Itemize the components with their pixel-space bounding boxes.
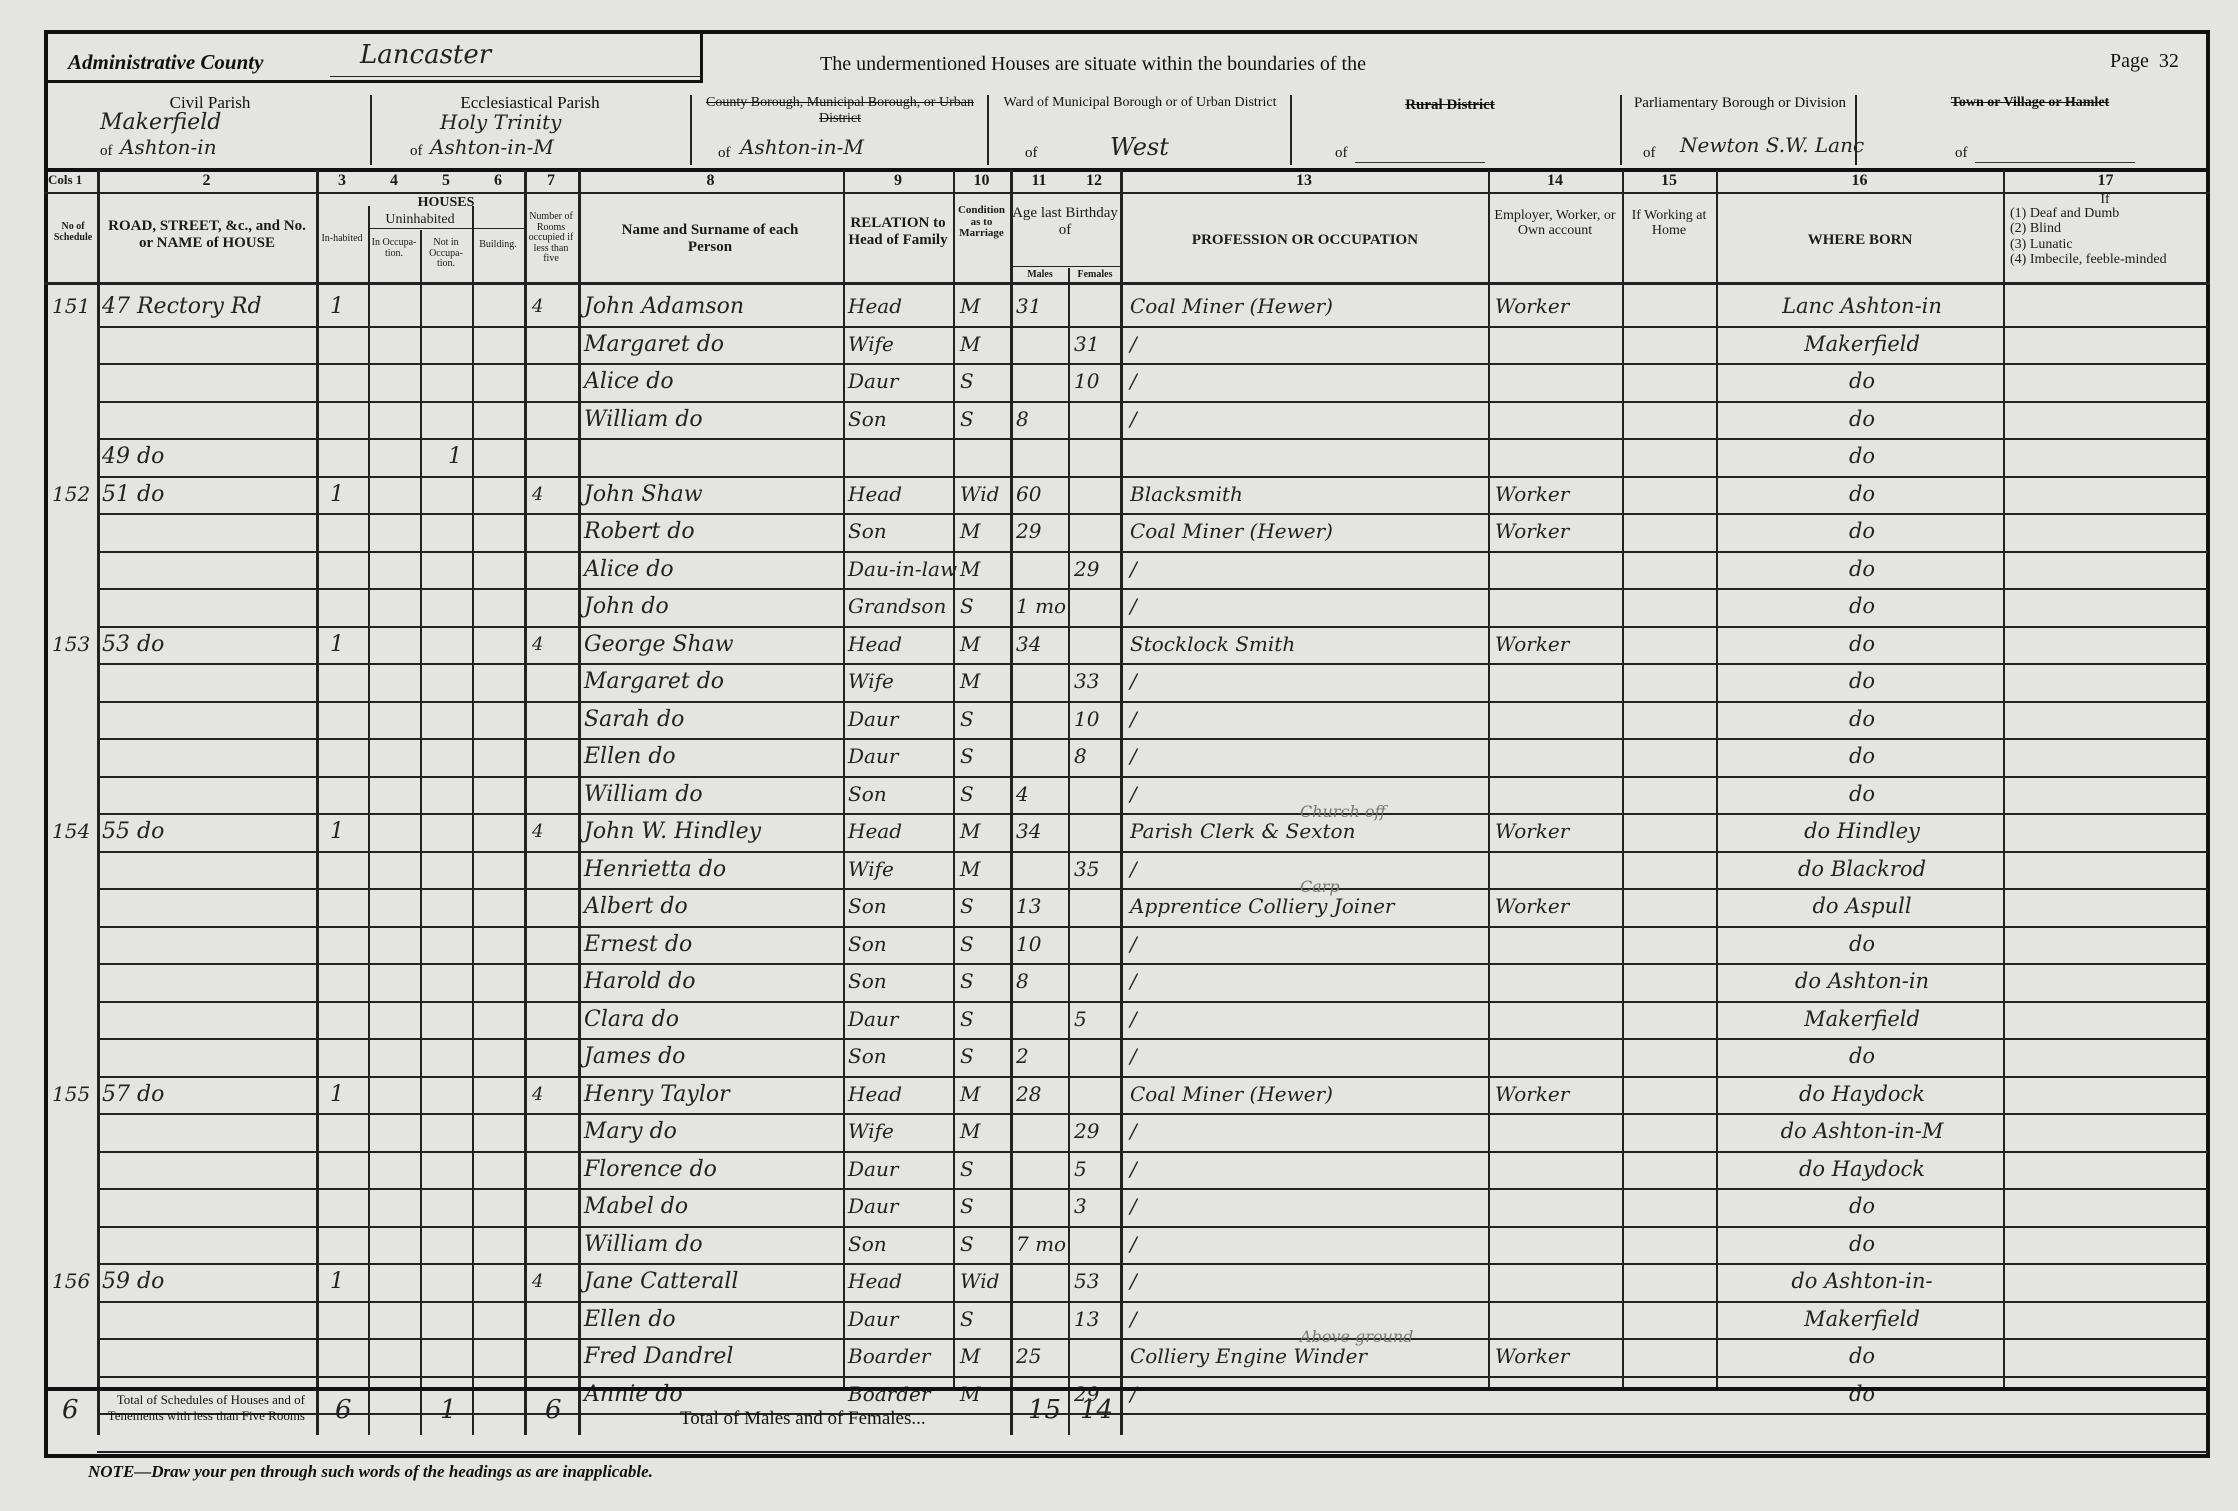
cell-employment [1495,738,1620,775]
cell-age-m: 60 [1016,476,1066,513]
cell-not-in-occupation [448,401,468,438]
cell-age-f: 13 [1074,1301,1118,1338]
cell-occupation: / [1130,588,1486,625]
col-num-9: 9 [843,172,953,190]
cell-not-in-occupation [448,476,468,513]
admin-county-value: Lancaster [360,40,491,70]
cell-inhabited [330,963,360,1000]
cell-inhabited [330,1151,360,1188]
cell-occupation [1130,438,1486,475]
cell-inhabited: 1 [330,288,360,325]
cell-rooms [532,326,572,363]
cell-relation: Daur [848,1151,952,1188]
town-village-line [1975,162,2135,163]
cell-name: Ellen do [584,1301,842,1338]
cell-occupation: / [1130,738,1486,775]
cell-not-in-occupation [448,1301,468,1338]
parliamentary-label: Parliamentary Borough or Division [1630,95,1850,112]
cell-relation: Son [848,776,952,813]
col-num-7: 7 [524,172,578,190]
cell-relation: Daur [848,1301,952,1338]
cell-relation: Head [848,288,952,325]
cell-schedule [52,1113,96,1150]
cell-rooms: 4 [532,626,572,663]
page-number: 32 [2159,50,2179,72]
cell-employment [1495,1151,1620,1188]
cell-address: 57 do [102,1076,312,1113]
cell-relation: Son [848,926,952,963]
cell-address [102,663,312,700]
cell-rooms [532,551,572,588]
col-num-8: 8 [578,172,843,190]
col-num-17: 17 [2003,172,2208,190]
cell-not-in-occupation [448,663,468,700]
cell-name: Alice do [584,551,842,588]
rural-district-line [1355,162,1485,163]
header-name: Name and Surname of each Person [600,222,820,255]
cell-rooms [532,513,572,550]
cell-condition: Wid [960,476,1008,513]
cell-employment [1495,1038,1620,1075]
cell-born [1722,1413,2002,1450]
cell-born: do [1722,626,2002,663]
cell-address [102,588,312,625]
cell-inhabited [330,401,360,438]
cell-relation: Son [848,1038,952,1075]
col-line [472,206,474,1435]
total-inhabited: 6 [335,1395,352,1425]
cell-condition: S [960,1038,1008,1075]
cell-inhabited: 1 [330,476,360,513]
cell-occupation: / [1130,1376,1486,1413]
cell-occupation: / [1130,363,1486,400]
cell-inhabited [330,1338,360,1375]
cell-born: Makerfield [1722,326,2002,363]
cell-rooms [532,1338,572,1375]
county-borough-value: Ashton-in-M [740,135,864,159]
cell-occupation: / [1130,926,1486,963]
cell-not-in-occupation [448,701,468,738]
admin-county-label: Administrative County [68,50,263,75]
cell-not-in-occupation [448,288,468,325]
cell-occupation: / [1130,1263,1486,1300]
admin-box-divider [700,30,703,82]
cell-employment [1495,1113,1620,1150]
cell-address [102,1301,312,1338]
cell-employment [1495,588,1620,625]
cell-born: do Aspull [1722,888,2002,925]
county-borough-of: of [718,145,731,162]
cell-inhabited: 1 [330,1263,360,1300]
cell-born: do [1722,738,2002,775]
header-houses: HOUSES [368,195,524,210]
boundaries-text: The undermentioned Houses are situate wi… [820,53,1366,76]
totals-males-females-label: Total of Males and of Females... [680,1408,926,1430]
cell-relation: Daur [848,738,952,775]
col-line [953,170,955,1390]
cell-rooms [532,701,572,738]
cell-rooms: 4 [532,1076,572,1113]
cell-rooms [532,1038,572,1075]
col-line [420,230,422,1435]
cell-relation: Son [848,513,952,550]
cell-born: do Haydock [1722,1076,2002,1113]
cell-schedule [52,1301,96,1338]
cell-occupation-note: Carp [1300,868,1340,905]
cell-relation: Grandson [848,588,952,625]
cell-age-m [1016,326,1066,363]
cell-relation: Wife [848,851,952,888]
cell-age-f: 31 [1074,326,1118,363]
cell-not-in-occupation [448,1076,468,1113]
cell-occupation: Coal Miner (Hewer) [1130,1076,1486,1113]
cell-not-in-occupation [448,963,468,1000]
cell-born: do [1722,588,2002,625]
cell-not-in-occupation [448,776,468,813]
cell-age-m [1016,1151,1066,1188]
cell-address: 53 do [102,626,312,663]
cell-born: do [1722,1038,2002,1075]
cell-born: do [1722,401,2002,438]
cell-inhabited [330,701,360,738]
header-not-in-occupation: Not in Occupa-tion. [422,238,470,270]
infirmity-4: (4) Imbecile, feeble-minded [2010,252,2205,267]
cell-rooms [532,1301,572,1338]
cell-name: James do [584,1038,842,1075]
cell-name: Margaret do [584,663,842,700]
cell-age-f [1074,1038,1118,1075]
cell-born: do [1722,551,2002,588]
cell-born: do [1722,701,2002,738]
col-line [1716,170,1718,1390]
cell-name: Ellen do [584,738,842,775]
cell-employment: Worker [1495,888,1620,925]
cell-condition: M [960,326,1008,363]
cell-born: do Ashton-in-M [1722,1113,2002,1150]
col-num-15: 15 [1622,172,1716,190]
header-in-occupation: In Occupa-tion. [370,238,418,259]
cell-age-f: 29 [1074,551,1118,588]
header-males: Males [1012,270,1068,281]
header-working-at-home: If Working at Home [1624,208,1714,239]
cell-employment [1495,326,1620,363]
cell-born: do Blackrod [1722,851,2002,888]
cell-relation: Daur [848,701,952,738]
ecclesiastical-parish-value: Holy Trinity [440,110,561,134]
cell-age-f: 5 [1074,1001,1118,1038]
col-num-10: 10 [953,172,1010,190]
admin-box-bottom [44,80,703,83]
cell-address [102,926,312,963]
cell-occupation: / [1130,963,1486,1000]
cell-employment: Worker [1495,288,1620,325]
cell-occupation: Stocklock Smith [1130,626,1486,663]
cell-age-m [1016,1001,1066,1038]
cell-schedule [52,851,96,888]
cell-born: Lanc Ashton-in [1722,288,2002,325]
cell-name: Robert do [584,513,842,550]
cell-relation: Wife [848,1113,952,1150]
cell-born: do [1722,1376,2002,1413]
cell-condition: M [960,626,1008,663]
cell-schedule [52,438,96,475]
cell-rooms: 4 [532,1263,572,1300]
total-males: 15 [1028,1395,1061,1425]
cell-name: William do [584,1226,842,1263]
cell-not-in-occupation [448,1113,468,1150]
cell-rooms [532,401,572,438]
cell-employment [1495,926,1620,963]
cell-not-in-occupation [448,1151,468,1188]
cell-address: 49 do [102,438,312,475]
cell-age-m: 10 [1016,926,1066,963]
cell-condition [960,438,1008,475]
cell-condition: S [960,363,1008,400]
cell-age-f: 8 [1074,738,1118,775]
parliamentary-value: Newton S.W. Lanc [1680,133,1864,157]
cell-address [102,851,312,888]
cell-born: do [1722,476,2002,513]
cell-relation: Son [848,1226,952,1263]
cell-inhabited: 1 [330,1076,360,1113]
cell-address [102,701,312,738]
cell-schedule [52,401,96,438]
cell-not-in-occupation [448,588,468,625]
cell-age-m [1016,1263,1066,1300]
cell-occupation: / [1130,1188,1486,1225]
cell-age-f [1074,513,1118,550]
col-num-12: 12 [1068,172,1120,190]
cell-schedule [52,926,96,963]
cell-relation: Head [848,626,952,663]
cell-inhabited [330,1188,360,1225]
district-divider [1290,95,1292,165]
cell-age-m: 28 [1016,1076,1066,1113]
cell-age-f [1074,1076,1118,1113]
cell-age-m [1016,1188,1066,1225]
col-line [2003,170,2005,1390]
cell-age-f [1074,1226,1118,1263]
cell-schedule: 153 [52,626,96,663]
cell-condition: S [960,1226,1008,1263]
col-line [368,206,370,1435]
cell-age-m: 34 [1016,626,1066,663]
cell-employment [1495,401,1620,438]
cell-relation: Son [848,963,952,1000]
cell-not-in-occupation [448,1263,468,1300]
cell-age-m [1016,363,1066,400]
cell-relation: Wife [848,326,952,363]
cell-schedule [52,551,96,588]
cell-address: 51 do [102,476,312,513]
cell-age-m: 13 [1016,888,1066,925]
header-bottom-rule [44,282,2210,285]
cell-schedule [52,701,96,738]
cell-schedule [52,326,96,363]
cell-born: do [1722,363,2002,400]
cell-employment [1495,701,1620,738]
cell-relation: Head [848,813,952,850]
cell-schedule [52,1338,96,1375]
cell-not-in-occupation [448,888,468,925]
cell-condition: M [960,288,1008,325]
col-line [1120,170,1123,1435]
cell-address [102,363,312,400]
cell-condition: S [960,1151,1008,1188]
cell-condition: M [960,1113,1008,1150]
cell-age-m: 8 [1016,963,1066,1000]
header-building: Building. [474,240,522,251]
cell-born: do Hindley [1722,813,2002,850]
cell-name: Sarah do [584,701,842,738]
cell-age-f [1074,1338,1118,1375]
ward-of: of [1025,145,1038,162]
col-num-5: 5 [420,172,472,190]
cell-condition: M [960,1076,1008,1113]
cell-rooms [532,663,572,700]
cell-born: do [1722,663,2002,700]
total-schedules: 6 [62,1395,79,1425]
cell-occupation: Coal Miner (Hewer) [1130,513,1486,550]
cell-name: George Shaw [584,626,842,663]
cell-employment [1495,1226,1620,1263]
cell-inhabited [330,1301,360,1338]
cell-employment [1495,1001,1620,1038]
col-num-6: 6 [472,172,524,190]
cell-schedule [52,363,96,400]
cell-relation: Daur [848,1188,952,1225]
cell-name: Mary do [584,1113,842,1150]
cell-name: Fred Dandrel [584,1338,842,1375]
age-rule [1010,266,1120,267]
total-females: 14 [1080,1395,1113,1425]
admin-county-underline [330,76,700,77]
cell-address [102,1188,312,1225]
cell-occupation: / [1130,663,1486,700]
cell-name: Jane Catterall [584,1263,842,1300]
cell-age-m: 31 [1016,288,1066,325]
cell-relation: Daur [848,1001,952,1038]
cell-age-m [1016,438,1066,475]
cell-schedule [52,776,96,813]
cell-name: William do [584,776,842,813]
cell-rooms [532,588,572,625]
header-uninhabited: Uninhabited [368,212,472,227]
cell-age-m [1016,1113,1066,1150]
cell-inhabited [330,513,360,550]
cell-name: Henrietta do [584,851,842,888]
cell-born: do [1722,1188,2002,1225]
cell-age-m: 29 [1016,513,1066,550]
cell-employment [1495,363,1620,400]
cell-schedule: 154 [52,813,96,850]
cell-occupation: / [1130,1038,1486,1075]
cell-address [102,963,312,1000]
cell-born: do [1722,1226,2002,1263]
cell-inhabited [330,1038,360,1075]
ward-label: Ward of Municipal Borough or of Urban Di… [1000,95,1280,111]
cell-employment [1495,776,1620,813]
cell-condition [960,1413,1008,1450]
cell-name: Annie do [584,1376,842,1413]
cell-rooms [532,851,572,888]
total-rooms: 6 [545,1395,562,1425]
cell-inhabited [330,1226,360,1263]
col-line [97,170,100,1435]
cell-rooms [532,776,572,813]
header-females: Females [1070,270,1120,281]
cell-condition: M [960,1376,1008,1413]
cell-age-f: 10 [1074,701,1118,738]
cell-address [102,513,312,550]
cell-age-m: 2 [1016,1038,1066,1075]
cell-relation [848,438,952,475]
cell-born: Makerfield [1722,1301,2002,1338]
cell-condition: M [960,551,1008,588]
cell-age-m [1016,738,1066,775]
cell-not-in-occupation [448,813,468,850]
col-num-2: 2 [97,172,316,190]
district-divider [987,95,989,165]
cell-employment [1495,1376,1620,1413]
cell-age-f [1074,476,1118,513]
cell-condition: S [960,1301,1008,1338]
cell-schedule: 152 [52,476,96,513]
page-label: Page 32 [2110,50,2179,73]
cell-age-m: 7 mo [1016,1226,1066,1263]
cell-age-f: 3 [1074,1188,1118,1225]
cell-not-in-occupation [448,851,468,888]
footer-note: NOTE—Draw your pen through such words of… [88,1462,653,1482]
cell-born: do [1722,926,2002,963]
col-line [1622,170,1624,1390]
cell-name: Albert do [584,888,842,925]
totals-label: Total of Schedules of Houses and of Tene… [105,1392,305,1423]
cell-age-m [1016,663,1066,700]
cell-not-in-occupation [448,326,468,363]
col-num-1: Cols 1 [48,172,97,188]
header-infirmity-list: (1) Deaf and Dumb (2) Blind (3) Lunatic … [2010,206,2205,268]
cell-age-f: 35 [1074,851,1118,888]
cell-name: John Shaw [584,476,842,513]
cell-rooms: 4 [532,288,572,325]
col-line [524,170,527,1435]
cell-rooms [532,888,572,925]
cell-not-in-occupation [448,926,468,963]
cell-address [102,1038,312,1075]
cell-age-f [1074,401,1118,438]
cell-name: John Adamson [584,288,842,325]
cell-inhabited [330,926,360,963]
cell-not-in-occupation [448,1188,468,1225]
cell-age-f [1074,888,1118,925]
cell-born: do [1722,1338,2002,1375]
cell-rooms [532,363,572,400]
district-divider [690,95,692,165]
cell-age-m: 8 [1016,401,1066,438]
cell-employment [1495,1188,1620,1225]
cell-not-in-occupation [448,1038,468,1075]
cell-occupation: / [1130,326,1486,363]
col-num-4: 4 [368,172,420,190]
cell-name: Florence do [584,1151,842,1188]
cell-rooms [532,926,572,963]
cell-name: Henry Taylor [584,1076,842,1113]
cell-condition: M [960,1338,1008,1375]
cell-relation: Head [848,1076,952,1113]
cell-inhabited: 1 [330,626,360,663]
rural-district-label: Rural District [1300,97,1600,114]
